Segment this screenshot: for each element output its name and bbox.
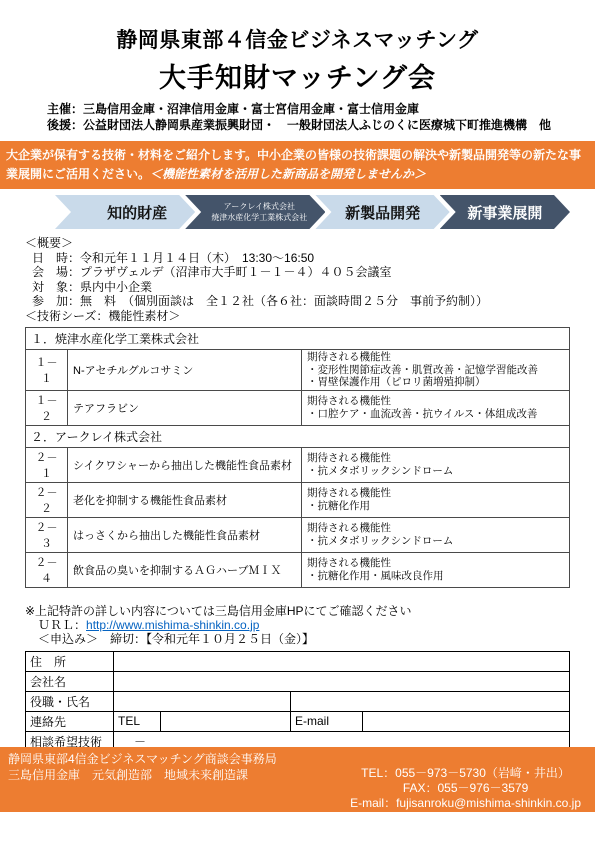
seed-function: 期待される機能性 ・口腔ケア・血流改善・抗ウイルス・体組成改善 (302, 390, 570, 425)
process-flow: 知的財産 アークレイ株式会社 焼津水産化学工業株式会社 新製品開発 新事業展開 (55, 195, 570, 229)
title-field (114, 691, 291, 711)
flow-step-label: 新製品開発 (345, 202, 420, 223)
section-title: ２．アークレイ株式会社 (26, 425, 570, 447)
email-field (363, 711, 570, 731)
seed-name: N-アセチルグルコサミン (68, 350, 302, 391)
overview-target: 対 象：県内中小企業 (25, 280, 570, 295)
table-row: ２－２ 老化を抑制する機能性食品素材 期待される機能性 ・抗糖化作用 (26, 482, 570, 517)
table-section-row: １．焼津水産化学工業株式会社 (26, 328, 570, 350)
title-name-label: 役職・氏名 (26, 691, 114, 711)
table-row: ２－４ 飲食品の臭いを抑制するＡＧハーブＭＩＸ 期待される機能性 ・抗糖化作用・… (26, 552, 570, 587)
seed-function: 期待される機能性 ・抗糖化作用 (302, 482, 570, 517)
table-section-row: ２．アークレイ株式会社 (26, 425, 570, 447)
overview-section: ＜概要＞ 日 時：令和元年１１月１４日（木） 13:30～16:50 会 場：プ… (25, 236, 570, 323)
event-series-title: 静岡県東部４信金ビジネスマッチング (25, 24, 570, 54)
seed-number: １－１ (26, 350, 68, 391)
seed-function: 期待される機能性 ・抗糖化作用・風味改良作用 (302, 552, 570, 587)
form-row-company: 会社名 (26, 671, 570, 691)
overview-fee: 参 加：無 料 （個別面談は 全１２社（各６社：面談時間２５分 事前予約制）） (25, 294, 570, 309)
overview-heading: ＜概要＞ (25, 236, 570, 251)
form-row-address: 住 所 (26, 651, 570, 671)
seed-number: ２－１ (26, 447, 68, 482)
flow-step-new-product: 新製品開発 (315, 195, 449, 229)
footer-fax: FAX：055－976－3579 (350, 781, 581, 796)
overview-venue: 会 場：プラザヴェルデ（沼津市大手町１－１－４）４０５会議室 (25, 265, 570, 280)
footer-contact-band: 静岡県東部4信金ビジネスマッチング商談会事務局 三島信用金庫 元気創造部 地域未… (0, 747, 595, 812)
footer-office: 静岡県東部4信金ビジネスマッチング商談会事務局 (8, 751, 277, 767)
form-row-title-name: 役職・氏名 (26, 691, 570, 711)
seed-name: シイクワシャーから抽出した機能性食品素材 (68, 447, 302, 482)
email-label: E-mail (291, 711, 363, 731)
url-line: ＵＲＬ：http://www.mishima-shinkin.co.jp (25, 618, 570, 632)
footer-email: E-mail：fujisanroku@mishima-shinkin.co.jp (350, 796, 581, 811)
table-row: １－１ N-アセチルグルコサミン 期待される機能性 ・変形性関節症改善・肌質改善… (26, 350, 570, 391)
table-row: ２－３ はっさくから抽出した機能性食品素材 期待される機能性 ・抗メタボリックシ… (26, 517, 570, 552)
overview-date: 日 時：令和元年１１月１４日（木） 13:30～16:50 (25, 251, 570, 266)
table-row: ２－１ シイクワシャーから抽出した機能性食品素材 期待される機能性 ・抗メタボリ… (26, 447, 570, 482)
flow-step-label: 新事業展開 (467, 202, 542, 223)
company-label: 会社名 (26, 671, 114, 691)
flow-step-intellectual-property: 知的財産 (55, 195, 195, 229)
address-field (114, 651, 570, 671)
website-link[interactable]: http://www.mishima-shinkin.co.jp (86, 618, 259, 632)
name-field (291, 691, 570, 711)
intro-text-italic: ＜機能性素材を活用した新商品を開発しませんか＞ (150, 167, 426, 181)
seed-function: 期待される機能性 ・変形性関節症改善・肌質改善・記憶学習能改善 ・胃壁保護作用（… (302, 350, 570, 391)
tel-field (161, 711, 291, 731)
flow-step-companies: アークレイ株式会社 焼津水産化学工業株式会社 (185, 195, 325, 229)
details-note-block: ※上記特許の詳しい内容については三島信用金庫HPにてご確認ください ＵＲＬ：ht… (25, 604, 570, 646)
url-label: ＵＲＬ： (38, 618, 86, 632)
seed-number: ２－３ (26, 517, 68, 552)
flow-step-label: アークレイ株式会社 焼津水産化学工業株式会社 (211, 201, 307, 223)
tel-label: TEL (114, 711, 161, 731)
table-row: １－２ テアフラビン 期待される機能性 ・口腔ケア・血流改善・抗ウイルス・体組成… (26, 390, 570, 425)
footer-department: 三島信用金庫 元気創造部 地域未来創造課 (8, 767, 277, 783)
section-title: １．焼津水産化学工業株式会社 (26, 328, 570, 350)
header: 静岡県東部４信金ビジネスマッチング 大手知財マッチング会 (25, 0, 570, 95)
contact-label: 連絡先 (26, 711, 114, 731)
supporter-line: 後援：公益財団法人静岡県産業振興財団・ 一般財団法人ふじのくに医療城下町推進機構… (47, 117, 570, 133)
seed-name: 飲食品の臭いを抑制するＡＧハーブＭＩＸ (68, 552, 302, 587)
patent-note: ※上記特許の詳しい内容については三島信用金庫HPにてご確認ください (25, 604, 570, 618)
organizer-line: 主催：三島信用金庫・沼津信用金庫・富士宮信用金庫・富士信用金庫 (47, 101, 570, 117)
seed-name: 老化を抑制する機能性食品素材 (68, 482, 302, 517)
form-row-contact: 連絡先 TEL E-mail (26, 711, 570, 731)
seed-name: テアフラビン (68, 390, 302, 425)
company-field (114, 671, 570, 691)
technology-seeds-table: １．焼津水産化学工業株式会社 １－１ N-アセチルグルコサミン 期待される機能性… (25, 327, 570, 588)
address-label: 住 所 (26, 651, 114, 671)
intro-banner: 大企業が保有する技術・材料をご紹介します。中小企業の皆様の技術課題の解決や新製品… (0, 141, 595, 189)
footer-tel: TEL：055－973－5730（岩﨑・井出） (350, 766, 581, 781)
flow-step-label: 知的財産 (83, 202, 167, 223)
seed-number: ２－２ (26, 482, 68, 517)
seed-number: １－２ (26, 390, 68, 425)
seed-function: 期待される機能性 ・抗メタボリックシンドローム (302, 517, 570, 552)
seeds-heading: ＜技術シーズ：機能性素材＞ (25, 309, 570, 324)
page-title: 大手知財マッチング会 (25, 56, 570, 95)
apply-deadline: ＜申込み＞ 締切：【令和元年１０月２５日（金）】 (25, 632, 570, 646)
seed-function: 期待される機能性 ・抗メタボリックシンドローム (302, 447, 570, 482)
seed-name: はっさくから抽出した機能性食品素材 (68, 517, 302, 552)
flow-step-new-business: 新事業展開 (440, 195, 570, 229)
seed-number: ２－４ (26, 552, 68, 587)
